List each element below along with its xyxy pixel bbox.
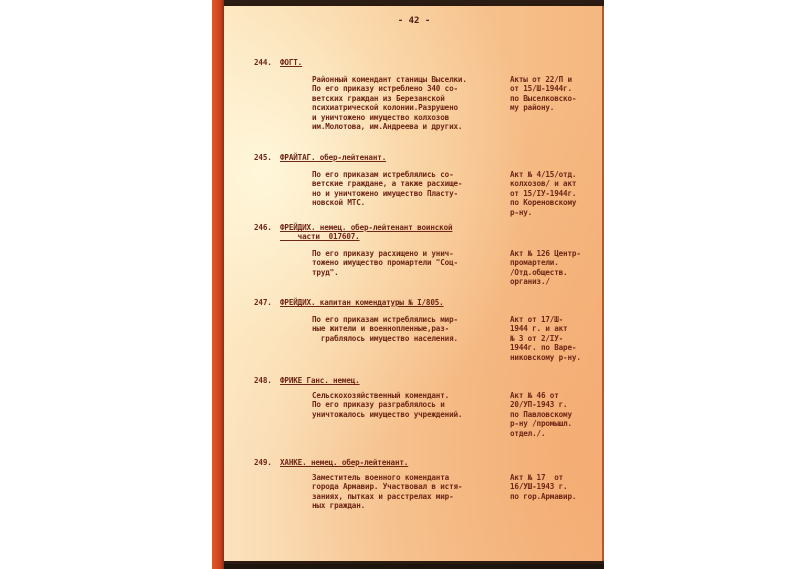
- entry-number: 245.: [254, 153, 272, 162]
- entry-description: По его приказам истреблялись мир- ные жи…: [312, 315, 458, 343]
- entry-description: По его приказу расхищено и унич- тожено …: [312, 249, 458, 277]
- entry-title: немец. обер-лейтенант.: [307, 458, 409, 467]
- entry-number: 248.: [254, 376, 272, 385]
- page-top-edge: [224, 0, 604, 4]
- page-number: - 42 -: [224, 16, 604, 26]
- entry-name: ХАНКЕ.: [280, 458, 307, 467]
- entry-reference: Акт № 4/15/отд. колхозов/ и акт от 15/IУ…: [510, 170, 576, 217]
- entry-description: Заместитель военного коменданта города А…: [312, 473, 462, 511]
- entry-reference: Акт от 17/Ш- 1944 г. и акт № 3 от 2/IУ- …: [510, 315, 581, 362]
- entry-reference: Акты от 22/П и от 15/Ш-1944г. по Выселко…: [510, 75, 576, 113]
- entry-description: Районный комендант станицы Выселки. По е…: [312, 75, 467, 131]
- entry-heading: ХАНКЕ. немец. обер-лейтенант.: [280, 458, 408, 467]
- entry-heading: ФРЕЙДИХ. немец. обер-лейтенант воинской …: [280, 223, 452, 242]
- entry-number: 244.: [254, 58, 272, 67]
- entry-heading: ФРИКЕ Ганс. немец.: [280, 376, 360, 385]
- entry-reference: Акт № 46 от 20/УП-1943 г. по Павловскому…: [510, 391, 572, 438]
- entry-reference: Акт № 126 Центр- промартели. /Отд.общест…: [510, 249, 581, 287]
- entry-name: ФРИКЕ: [280, 376, 302, 385]
- entry-title: Ганс. немец.: [302, 376, 359, 385]
- entry-number: 247.: [254, 298, 272, 307]
- entry-title: капитан комендатуры № I/805.: [315, 298, 443, 307]
- entry-number: 246.: [254, 223, 272, 232]
- document-page: - 42 - 244. ФОГТ. Районный комендант ста…: [224, 3, 604, 564]
- document-viewer: - 42 - 244. ФОГТ. Районный комендант ста…: [0, 0, 800, 569]
- entry-heading: ФРАЙТАГ. обер-лейтенант.: [280, 153, 386, 162]
- entry-name: ФРАЙТАГ.: [280, 153, 315, 162]
- entry-name: ФРЕЙДИХ.: [280, 298, 315, 307]
- entry-description: Сельскохозяйственный комендант. По его п…: [312, 391, 462, 419]
- entry-name: ФОГТ.: [280, 58, 302, 67]
- entry-heading: ФОГТ.: [280, 58, 302, 67]
- entry-number: 249.: [254, 458, 272, 467]
- page-bottom-edge: [224, 564, 604, 569]
- entry-name: ФРЕЙДИХ.: [280, 223, 315, 232]
- entry-reference: Акт № 17 от 16/УШ-1943 г. по гор.Армавир…: [510, 473, 576, 501]
- entry-heading: ФРЕЙДИХ. капитан комендатуры № I/805.: [280, 298, 444, 307]
- entry-description: По его приказам истреблялись со- ветские…: [312, 170, 462, 208]
- entry-title: обер-лейтенант.: [315, 153, 386, 162]
